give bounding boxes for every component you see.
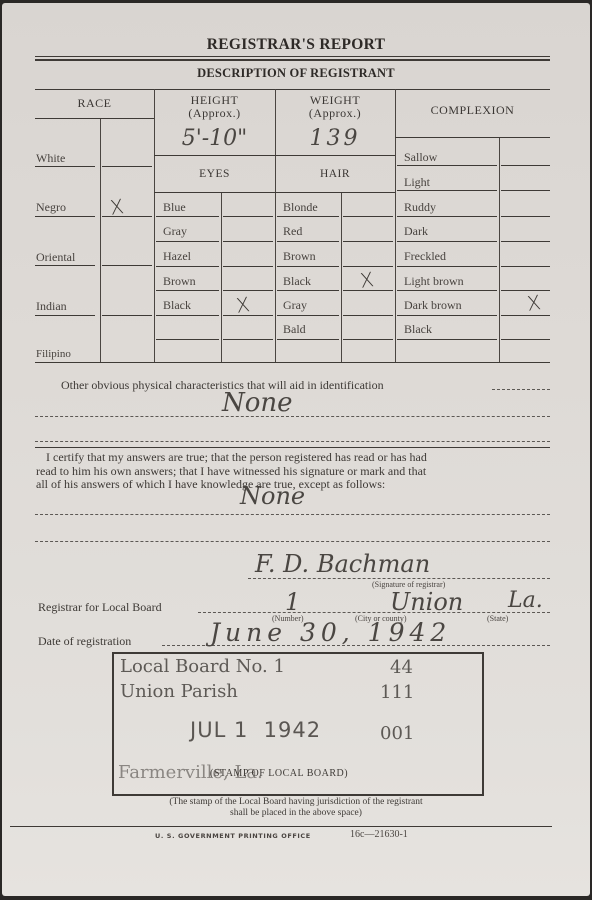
stamp-board-name: Local Board No. 1 (120, 656, 285, 677)
hair-rule (277, 241, 339, 242)
characteristics-line-2 (35, 416, 550, 417)
eyes-rule (156, 266, 219, 267)
eyes-rule (156, 339, 219, 340)
characteristics-value: None (222, 388, 293, 418)
race-header: RACE (35, 97, 154, 110)
hair-red-label: Red (283, 224, 302, 239)
hair-black-label: Black (283, 274, 311, 289)
complexion-ruddy-label: Ruddy (404, 200, 436, 215)
certification-line-a (35, 514, 550, 515)
footer-printer: U. S. GOVERNMENT PRINTING OFFICE (155, 832, 311, 840)
hair-bald-label: Bald (283, 322, 306, 337)
local-board-state: La. (508, 588, 543, 613)
certification-line-b (35, 541, 550, 542)
complexion-rule (501, 241, 550, 242)
complexion-rule (397, 339, 497, 340)
complexion-rule (501, 165, 550, 166)
local-board-county: Union (390, 588, 463, 616)
hair-header: HAIR (275, 168, 395, 181)
certification-text: I certify that my answers are true; that… (46, 451, 427, 492)
hair-rule (343, 216, 393, 217)
complexion-rule (501, 315, 550, 316)
divider-hair-check (341, 192, 342, 362)
stamp-note-line-1: (The stamp of the Local Board having jur… (0, 797, 592, 808)
complexion-rule (397, 241, 497, 242)
race-rule (102, 265, 152, 266)
hair-brown-label: Brown (283, 249, 316, 264)
document-title: REGISTRAR'S REPORT (0, 36, 592, 54)
complexion-rule (501, 266, 550, 267)
local-board-label: Registrar for Local Board (38, 600, 162, 615)
eyes-hazel-label: Hazel (163, 249, 191, 264)
eyes-rule (156, 290, 219, 291)
race-rule (102, 166, 152, 167)
complexion-freckled-label: Freckled (404, 249, 446, 264)
footer-rule (10, 826, 552, 827)
certification-exception-value: None (240, 482, 305, 510)
complexion-rule (501, 339, 550, 340)
race-oriental-label: Oriental (36, 250, 75, 265)
table-top-border (35, 89, 550, 90)
complexion-dark-label: Dark (404, 224, 428, 239)
race-white-label: White (36, 151, 65, 166)
date-registration-label: Date of registration (38, 634, 131, 649)
race-rule (35, 216, 95, 217)
complexion-light-brown-label: Light brown (404, 274, 464, 289)
complexion-rule (397, 165, 497, 166)
stamp-note-line-2: shall be placed in the above space) (0, 808, 592, 819)
race-rule (35, 166, 95, 167)
certification-line-2: read to him his own answers; that I have… (36, 465, 427, 479)
complexion-rule (397, 266, 497, 267)
registrar-signature: F. D. Bachman (255, 550, 430, 578)
section-rule (35, 447, 550, 448)
eyes-gray-label: Gray (163, 224, 187, 239)
hair-rule (277, 339, 339, 340)
height-value: 5'-10" (154, 126, 275, 151)
certification-line-3: all of his answers of which I have knowl… (36, 478, 427, 492)
hair-rule (277, 290, 339, 291)
race-rule (35, 265, 95, 266)
complexion-dark-brown-label: Dark brown (404, 298, 462, 313)
race-header-rule (35, 118, 154, 119)
complexion-rule (397, 290, 497, 291)
race-indian-label: Indian (36, 299, 67, 314)
eyes-rule (156, 315, 219, 316)
hair-rule (343, 266, 393, 267)
race-filipino-label: Filipino (36, 348, 71, 360)
eyes-rule (223, 339, 273, 340)
hair-rule (343, 339, 393, 340)
characteristics-line-3 (35, 441, 550, 442)
eyes-rule (223, 216, 273, 217)
complexion-sallow-label: Sallow (404, 150, 437, 165)
footer-form-number: 16c—21630-1 (350, 829, 408, 840)
divider-complexion-check (499, 137, 500, 362)
hair-gray-label: Gray (283, 298, 307, 313)
local-board-state-caption: (State) (487, 614, 508, 623)
characteristics-line-1 (492, 389, 550, 390)
complexion-header: COMPLEXION (395, 104, 550, 117)
complexion-light-label: Light (404, 175, 430, 190)
eyes-rule (223, 290, 273, 291)
table-bottom-border (35, 362, 550, 363)
hair-rule (343, 241, 393, 242)
weight-value: 139 (275, 126, 395, 151)
complexion-header-rule (395, 137, 550, 138)
eyes-brown-label: Brown (163, 274, 196, 289)
hair-rule (277, 315, 339, 316)
eyes-hair-header-rule (154, 192, 395, 193)
divider-hair-complexion (395, 89, 396, 362)
complexion-rule (397, 315, 497, 316)
stamp-number-3: 001 (380, 723, 414, 744)
stamp-number-1: 44 (390, 657, 413, 678)
race-rule (35, 315, 95, 316)
title-rule-2 (35, 59, 550, 61)
eyes-rule (223, 266, 273, 267)
weight-subheader: (Approx.) (275, 107, 395, 120)
eyes-rule (223, 241, 273, 242)
complexion-rule (501, 290, 550, 291)
complexion-black-label: Black (404, 322, 432, 337)
complexion-rule (501, 190, 550, 191)
eyes-rule (223, 315, 273, 316)
complexion-rule (397, 216, 497, 217)
certification-line-1: I certify that my answers are true; that… (46, 451, 427, 465)
eyes-rule (156, 241, 219, 242)
stamp-parish: Union Parish (120, 681, 238, 702)
race-rule (102, 216, 152, 217)
hair-rule (343, 290, 393, 291)
race-negro-label: Negro (36, 200, 66, 215)
stamp-caption: (STAMP OF LOCAL BOARD) (210, 768, 348, 779)
eyes-blue-label: Blue (163, 200, 186, 215)
complexion-rule (397, 190, 497, 191)
divider-eyes-check (221, 192, 222, 362)
document-subtitle: DESCRIPTION OF REGISTRANT (0, 66, 592, 81)
title-rule-1 (35, 56, 550, 57)
hair-rule (343, 315, 393, 316)
complexion-rule (501, 216, 550, 217)
height-subheader: (Approx.) (154, 107, 275, 120)
stamp-date: JUL 1 1942 (190, 718, 321, 742)
signature-line (248, 578, 550, 579)
local-board-number: 1 (285, 588, 300, 616)
eyes-header: EYES (154, 168, 275, 181)
local-board-line (198, 612, 550, 613)
eyes-black-label: Black (163, 298, 191, 313)
race-rule (102, 315, 152, 316)
stamp-number-2: 111 (380, 682, 414, 703)
stamp-note: (The stamp of the Local Board having jur… (0, 797, 592, 819)
height-weight-rule (154, 155, 395, 156)
hair-rule (277, 266, 339, 267)
divider-race-check (100, 118, 101, 362)
hair-rule (277, 216, 339, 217)
date-registration-value: June 30, 1942 (210, 618, 451, 647)
hair-blonde-label: Blonde (283, 200, 318, 215)
eyes-rule (156, 216, 219, 217)
